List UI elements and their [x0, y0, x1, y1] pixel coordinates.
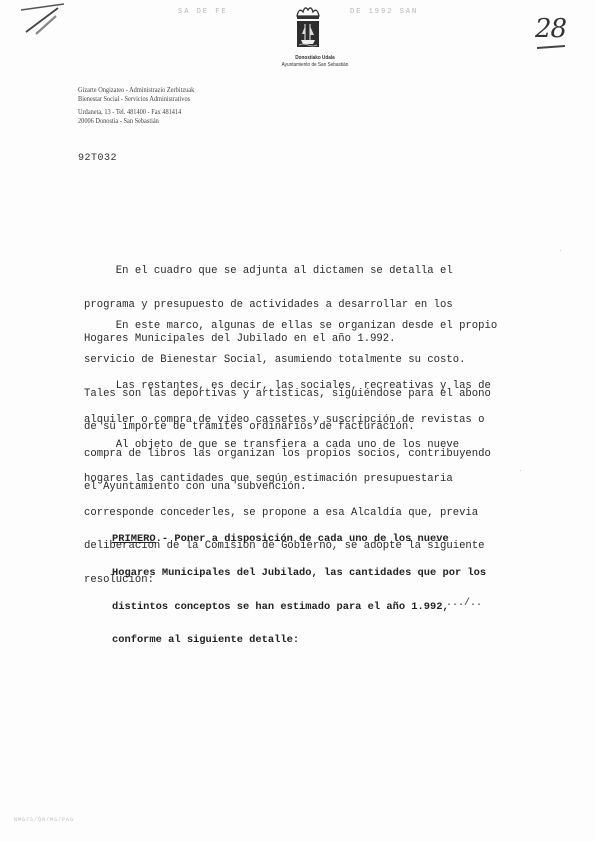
letterhead-dept-spanish: Bienestar Social - Servicios Administrat…	[78, 95, 194, 104]
paragraph-line: hogares las cantidades que según estimac…	[84, 474, 586, 485]
logo-caption: Donostiako Udala Ayuntamiento de San Seb…	[277, 55, 354, 69]
faded-stamp-left: SA DE FE	[178, 8, 228, 17]
footer-code: NMG7S/QN/MS/PAG	[14, 817, 74, 823]
document-reference: 92T032	[78, 153, 117, 164]
letterhead-address: Urdaneta, 13 - Tel. 481400 - Fax 481414	[78, 108, 194, 117]
paragraph-line: En el cuadro que se adjunta al dictamen …	[84, 266, 586, 277]
paragraph-line: Al objeto de que se transfiera a cada un…	[84, 440, 586, 451]
letterhead: Gizarte Ongizateo - Administrazio Zerbit…	[78, 86, 210, 125]
faded-stamp-right: DE 1992 SAN	[350, 8, 418, 17]
logo-caption-spanish: Ayuntamiento de San Sebastián	[277, 62, 354, 69]
resolution-line: .- Poner a disposición de cada uno de lo…	[156, 533, 449, 545]
resolution-line: conforme al siguiente detalle:	[112, 635, 486, 646]
letterhead-city: 20006 Donostia - San Sebastián	[78, 117, 194, 126]
page-number-underline	[537, 45, 565, 49]
handwritten-slash-mark	[18, 2, 68, 42]
resolution-lead: PRIMERO	[112, 533, 156, 545]
resolution-line: distintos conceptos se han estimado para…	[112, 602, 486, 613]
crowned-coat-of-arms-ship-icon	[293, 4, 323, 52]
logo-caption-basque: Donostiako Udala	[277, 55, 354, 62]
scan-speck	[520, 470, 521, 471]
resolution-primero: PRIMERO.- Poner a disposición de cada un…	[112, 512, 486, 669]
scan-speck	[560, 250, 561, 251]
handwritten-page-number: 28	[535, 14, 566, 44]
scan-speck	[470, 540, 471, 541]
letterhead-dept-basque: Gizarte Ongizateo - Administrazio Zerbit…	[78, 86, 194, 95]
continued-marker: .../..	[446, 598, 482, 609]
scanned-page: 28 SA DE FE DE 1992 SAN Donostiako Udala…	[0, 0, 595, 841]
paragraph-line: Las restantes, es decir, las sociales, r…	[84, 381, 586, 392]
paragraph-line: En este marco, algunas de ellas se organ…	[84, 321, 586, 332]
resolution-line: Hogares Municipales del Jubilado, las ca…	[112, 568, 486, 579]
